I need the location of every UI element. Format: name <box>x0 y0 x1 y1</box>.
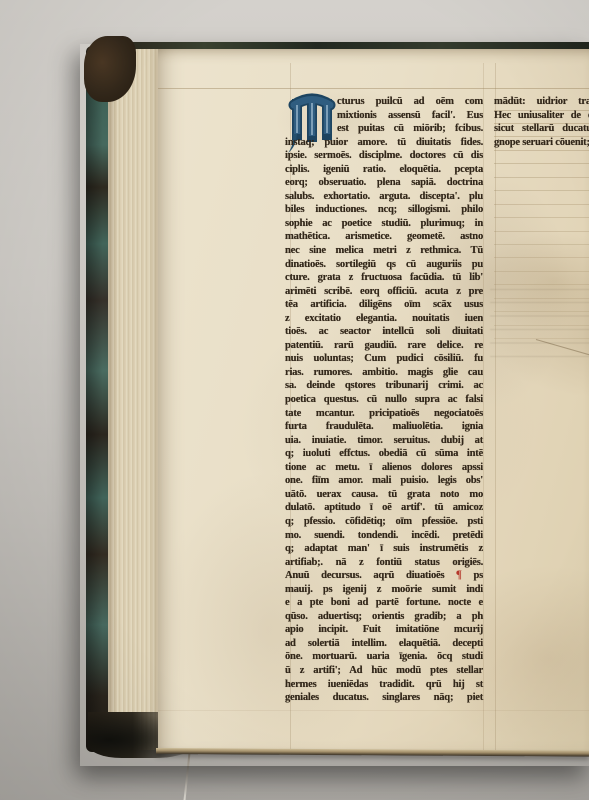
parchment-page: cturus puilcū ad oēm commixtionis assens… <box>158 49 589 752</box>
manuscript-line: q; adaptat man' ī suis instrumētis z <box>285 542 483 556</box>
manuscript-line: gnope seruari cōuenit; <box>494 136 589 150</box>
manuscript-line: artifiab;. nā z fontiū status origiēs. <box>285 556 483 570</box>
manuscript-line: one. fiīm amor. mali puisio. legis obs' <box>285 474 483 488</box>
ink-setoff-stain <box>490 277 589 357</box>
ruling-line <box>494 298 589 299</box>
manuscript-line: ad solertiā intellim. elaquētiā. decepti <box>285 637 483 651</box>
manuscript-line: q; pfessio. cōfidētiq; oīm pfessiōe. pst… <box>285 515 483 529</box>
manuscript-line: ōne. mortuarū. uaria īgenia. ōcq studi <box>285 650 483 664</box>
ruling-line <box>494 325 589 326</box>
manuscript-line: ipsie. sermoēs. disciplme. doctores cū d… <box>285 149 483 163</box>
text-column-right: mādūt: uidrior tractatib; reliquum'Hec u… <box>494 95 589 149</box>
manuscript-line: Hec uniusaliter de oīb; adiacētib;. ut <box>494 109 589 123</box>
manuscript-line: dinatioēs. sortilegiū qs cū auguriis pu <box>285 258 483 272</box>
manuscript-line: eorq; obseruatio. plena sapiā. doctrina <box>285 176 483 190</box>
manuscript-line: dulatō. aptitudo ī oē artif'. tū amicoz <box>285 501 483 515</box>
manuscript-line: cture. grata z fructuosa facūdia. tū lib… <box>285 271 483 285</box>
ruling-line <box>494 284 589 285</box>
manuscript-line: est puitas cū miōrib; fcibus. <box>285 122 483 136</box>
manuscript-line: uātō. uerax causa. tū grata noto mo <box>285 488 483 502</box>
manuscript-line: geniales ducatus. singlares nāq; piet <box>285 691 483 705</box>
manuscript-line: mādūt: uidrior tractatib; reliquum' <box>494 95 589 109</box>
manuscript-line: mauij. ps igenij z moōrie sumit indi <box>285 583 483 597</box>
manuscript-line: biles inductiones. ncq; sillogismi. phil… <box>285 203 483 217</box>
manuscript-line: Anuū decursus. aqrū diuatioēs ¶ ps <box>285 569 483 583</box>
manuscript-line: patentiū. rarū gaudiū. rare delice. re <box>285 339 483 353</box>
book-cover-top-edge <box>96 42 589 49</box>
ruling-line <box>494 217 589 218</box>
text-column-left: cturus puilcū ad oēm commixtionis assens… <box>285 95 483 705</box>
manuscript-line: rias. rumores. ambitio. magis glie cau <box>285 366 483 380</box>
ruling-line <box>494 311 589 312</box>
manuscript-line: nuis uoluntas; Cum pudici cōsiliū. fu <box>285 352 483 366</box>
manuscript-line: ū z artifi'; Ad hūc modū ptes stellar <box>285 664 483 678</box>
manuscript-line: e a pte boni ad partē fortune. nocte e <box>285 596 483 610</box>
manuscript-line: tēa artificia. diligēns oīm scāx usus <box>285 298 483 312</box>
paraph-mark: ¶ <box>456 569 462 581</box>
manuscript-book: cturus puilcū ad oēm commixtionis assens… <box>86 40 589 762</box>
ruling-line <box>158 710 589 711</box>
page-edges-stack <box>108 48 164 750</box>
ruling-line <box>494 257 589 258</box>
manuscript-line: mixtionis assensū facil'. Eus <box>285 109 483 123</box>
ruling-line <box>494 163 589 164</box>
manuscript-line: apio incipit. Fuit imitatiōne mcurij <box>285 623 483 637</box>
manuscript-line: z excitatio elegantia. nouitatis iuen <box>285 312 483 326</box>
ruling-line <box>494 190 589 191</box>
manuscript-line: instaq; puior amore. tū diuitatis fides. <box>285 136 483 150</box>
ruling-line <box>495 63 496 753</box>
ruling-line <box>494 271 589 272</box>
ruling-line <box>494 204 589 205</box>
ruling-line <box>494 177 589 178</box>
photograph-background: cturus puilcū ad oēm commixtionis assens… <box>0 0 589 800</box>
manuscript-line: poetica questus. cū nullo supra ac falsi <box>285 393 483 407</box>
manuscript-line: q; iuoluti effctus. obediā cū sūma intē <box>285 447 483 461</box>
manuscript-line: ciplis. igeniū ratio. eloquētia. pcepta <box>285 163 483 177</box>
manuscript-line: cturus puilcū ad oēm com <box>285 95 483 109</box>
manuscript-line: uia. inuiatie. timor. seruitus. dubij at <box>285 434 483 448</box>
manuscript-line: sicut stellarū ducatus discretionē ma <box>494 122 589 136</box>
manuscript-line: arimēti scribē. eorq officiū. acuta z pr… <box>285 285 483 299</box>
manuscript-line: mo. suendi. tondendi. incēdi. pretēdi <box>285 529 483 543</box>
manuscript-line: furta fraudulēta. maliuolētia. ignia <box>285 420 483 434</box>
manuscript-line: tate mcantur. pricipatioēs negociatoēs <box>285 407 483 421</box>
manuscript-line: mathētica. arismetice. geometē. astno <box>285 230 483 244</box>
ruling-line <box>158 88 589 89</box>
manuscript-line: tione ac metu. ī alienos dolores apssi <box>285 461 483 475</box>
ruling-line <box>494 338 589 339</box>
manuscript-line: tioēs. ac seactor intellcū soli diuitati <box>285 325 483 339</box>
manuscript-line: sa. deinde qstores tribunarij crimi. ac <box>285 379 483 393</box>
ruling-line <box>483 63 484 753</box>
manuscript-line: sophie ac poetice studiū. plurimuq; in <box>285 217 483 231</box>
manuscript-line: salubs. exhortatio. arguta. discepta'. p… <box>285 190 483 204</box>
manuscript-line: qūso. aduertisq; orientis gradib; a ph <box>285 610 483 624</box>
ruling-line <box>494 231 589 232</box>
ruling-line <box>494 244 589 245</box>
ruling-line <box>494 150 589 151</box>
manuscript-line: nec sine melica metri z rethmica. Tū <box>285 244 483 258</box>
manuscript-line: hermes iueniēdas tradidit. qrū hij st <box>285 678 483 692</box>
